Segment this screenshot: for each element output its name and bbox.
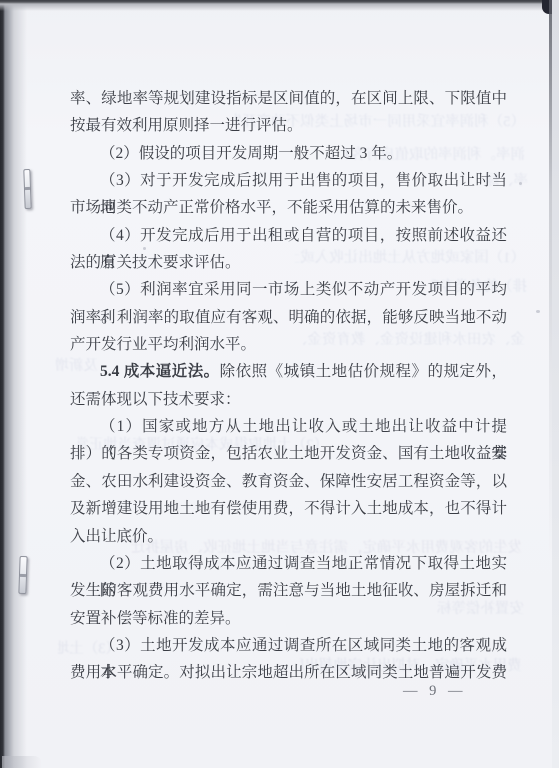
text-line-text: 润率。利润率的取值应有客观、明确的依据，能够反映当地不动 [70,309,507,326]
text-line: 按最有效利用原则择一进行评估。 [70,112,507,139]
text-line-bold-segment: 5.4 成本逼近法。 [100,363,220,380]
text-line: 安置补偿等标准的差异。 [70,605,507,632]
text-line-text: 及新增建设用地土地有偿使用费，不得计入土地成本，也不得计 [70,500,507,517]
text-line: 还需体现以下技术要求： [70,386,507,413]
text-line: 市场同类不动产正常价格水平，不能采用估算的未来售价。 [70,194,507,221]
text-line-text: 入出让底价。 [70,528,163,545]
text-line-text: 发生的客观费用水平确定，需注意与当地土地征收、房屋拆迁和 [70,582,507,599]
scan-corner-bottom-left [2,756,42,768]
text-line-text: 排）的各类专项资金，包括农业土地开发资金、国有土地收益基 [70,445,507,462]
text-line-text: 安置补偿等标准的差异。 [70,610,241,627]
text-line-text: 率、绿地率等规划建设指标是区间值的，在区间上限、下限值中 [70,90,507,107]
text-line-text: 产开发行业平均利润水平。 [70,336,256,353]
text-line: （2）土地取得成本应通过调查当地正常情况下取得土地实际 [70,550,507,577]
scan-edge-top [0,0,559,12]
scan-binding-edge-left [0,0,28,768]
text-line: 5.4 成本逼近法。除依照《城镇土地估价规程》的规定外， [70,358,507,385]
text-line: 率、绿地率等规划建设指标是区间值的，在区间上限、下限值中 [70,85,507,112]
text-line-text: 按最有效利用原则择一进行评估。 [70,117,303,134]
text-line: （2）假设的项目开发周期一般不超过 3 年。 [70,140,507,167]
text-line-text: （2）假设的项目开发周期一般不超过 3 年。 [100,145,402,162]
staple-top [23,169,31,209]
text-line-text: 法的有关技术要求评估。 [70,254,241,271]
text-line: （1）国家或地方从土地出让收入或土地出让收益中计提（安 [70,413,507,440]
text-line: （5）利润率宜采用同一市场上类似不动产开发项目的平均利 [70,276,507,303]
scan-edge-right-band [552,0,559,768]
text-line: 发生的客观费用水平确定，需注意与当地土地征收、房屋拆迁和 [70,577,507,604]
scan-speck [519,182,522,185]
text-line-text: 还需体现以下技术要求： [70,391,241,408]
document-text-block: 率、绿地率等规划建设指标是区间值的，在区间上限、下限值中按最有效利用原则择一进行… [70,85,507,687]
text-line: 及新增建设用地土地有偿使用费，不得计入土地成本，也不得计 [70,495,507,522]
text-line: 排）的各类专项资金，包括农业土地开发资金、国有土地收益基 [70,440,507,467]
scan-speck [536,310,540,313]
text-line: 入出让底价。 [70,523,507,550]
page-number: — 9 — [403,683,467,700]
text-line: （4）开发完成后用于出租或自营的项目，按照前述收益还原 [70,222,507,249]
text-line-text: 除依照《城镇土地估价规程》的规定外， [220,363,507,380]
text-line: 产开发行业平均利润水平。 [70,331,507,358]
text-line: 金、农田水利建设资金、教育资金、保障性安居工程资金等，以 [70,468,507,495]
text-line-text: 费用水平确定。对拟出让宗地超出所在区域同类土地普遍开发费 [70,664,507,681]
staple-bottom [18,556,27,594]
text-line-text: 市场同类不动产正常价格水平，不能采用估算的未来售价。 [70,199,473,216]
scanned-document-page: （5）利润率宜采用同一市场上类似不动产开发项目的平均利 润率。利润率的取值应有客… [0,0,559,768]
text-line: 润率。利润率的取值应有客观、明确的依据，能够反映当地不动 [70,304,507,331]
text-line-text: 金、农田水利建设资金、教育资金、保障性安居工程资金等，以 [70,473,507,490]
text-line: 法的有关技术要求评估。 [70,249,507,276]
text-line: （3）对于开发完成后拟用于出售的项目，售价取出让时当地 [70,167,507,194]
text-line: （3）土地开发成本应通过调查所在区域同类土地的客观成本 [70,632,507,659]
